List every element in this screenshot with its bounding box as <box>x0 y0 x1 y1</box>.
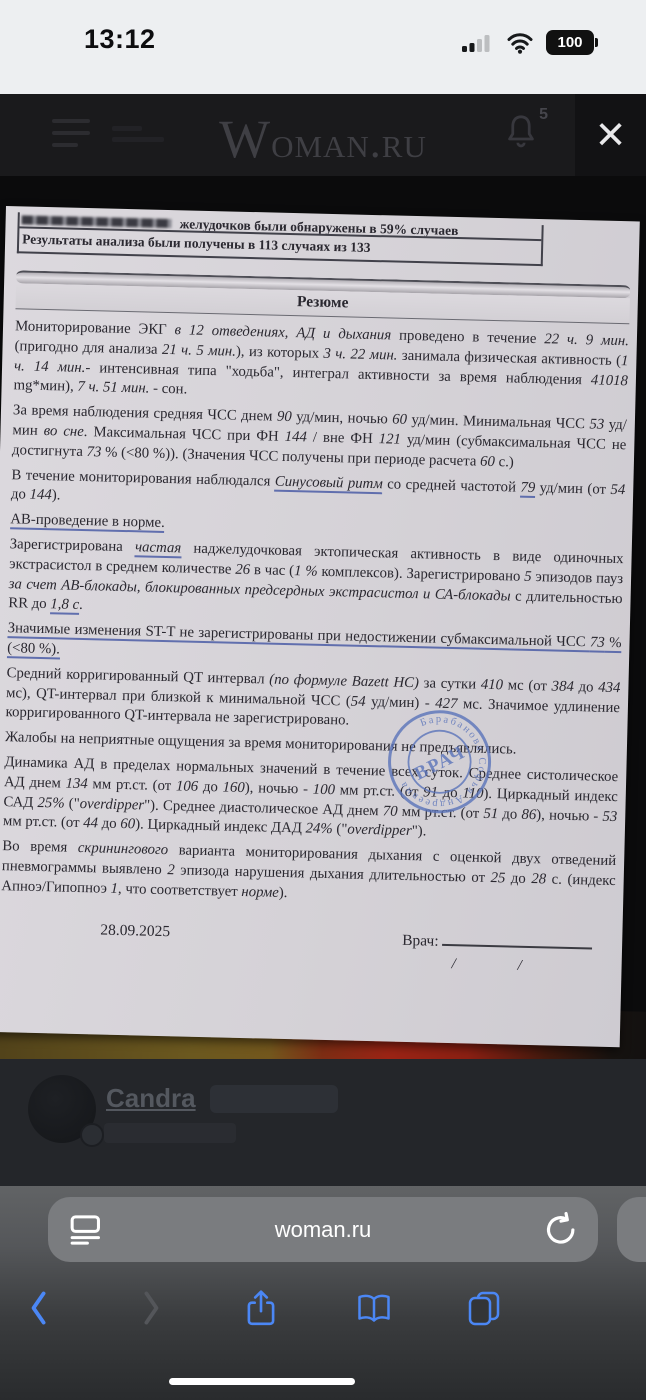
text-run: 60 <box>480 453 495 469</box>
report-paragraph: Средний корригированный QT интервал (по … <box>5 664 620 738</box>
text-run: Синусовый ритм <box>275 473 383 494</box>
page-menu-icon[interactable] <box>68 1212 104 1248</box>
text-run: 24% <box>305 821 333 838</box>
slash-mark: / <box>517 957 522 974</box>
doctor-signature-row: Врач: <box>402 928 593 954</box>
lightbox-image[interactable]: желудочков были обнаружены в 59% случаев… <box>0 176 646 1059</box>
logo-rest: oman.ru <box>271 118 427 167</box>
text-run: За время наблюдения средняя ЧСС днем <box>13 402 277 424</box>
report-body: Мониторирование ЭКГ в 12 отведениях, АД … <box>1 317 629 911</box>
text-run: , что соответствует <box>118 881 242 900</box>
text-run: 53 <box>602 808 617 824</box>
table-row-text: Результаты анализа были получены в 113 с… <box>22 231 371 255</box>
bookmarks-button[interactable] <box>352 1286 396 1330</box>
clock: 13:12 <box>84 24 156 55</box>
chevron-right-icon <box>141 1289 163 1327</box>
text-run: 3 ч. 22 мин. <box>323 346 397 364</box>
text-run: со средней частотой <box>383 476 521 495</box>
text-run: 134 <box>65 775 88 792</box>
report-date: 28.09.2025 <box>100 921 170 941</box>
text-run: В течение мониторирования наблюдался <box>11 467 275 489</box>
dimmed-page-background: Candra <box>0 1059 646 1186</box>
slash-mark: / <box>451 956 456 973</box>
text-run: 25 <box>490 870 505 886</box>
text-run: (по формуле Bazett HC) <box>269 671 419 691</box>
text-run: 73 <box>86 444 101 460</box>
text-run: 121 <box>379 431 402 448</box>
text-run: в 12 отведениях, АД и дыхания <box>174 322 391 343</box>
text-run: 144 <box>284 429 307 446</box>
text-run: 144 <box>29 487 52 504</box>
text-run: 70 <box>383 803 398 819</box>
book-icon <box>355 1290 393 1326</box>
battery-icon: 100 <box>546 30 598 55</box>
text-run: занимала физическая активность ( <box>397 347 621 368</box>
notification-badge: 5 <box>539 106 548 124</box>
adjacent-tab-pill[interactable] <box>617 1197 646 1262</box>
text-run: "). Среднее диастолическое АД днем <box>144 797 383 819</box>
status-icons: 100 <box>462 30 598 55</box>
text-run: Мониторирование ЭКГ <box>15 318 175 338</box>
site-header: Woman.ru 5 ✕ <box>0 94 646 176</box>
text-run: норме <box>241 884 279 901</box>
browser-chrome: woman.ru <box>0 1186 646 1400</box>
wifi-icon <box>505 32 535 54</box>
share-icon <box>245 1288 277 1328</box>
text-run: 384 <box>551 678 574 695</box>
logo-initial: W <box>219 109 271 169</box>
text-run: 44 <box>83 815 98 831</box>
text-run: до <box>198 779 223 796</box>
text-run: во сне <box>44 423 84 440</box>
text-run: 22 ч. 9 мин. <box>544 331 629 349</box>
status-bar: 13:12 100 <box>0 0 646 94</box>
clipped-text-smear <box>22 215 172 228</box>
user-role-badge <box>210 1085 338 1113</box>
bell-icon <box>502 110 540 154</box>
text-run: до <box>498 806 522 823</box>
site-logo: Woman.ru <box>0 108 646 170</box>
text-run: overdipper <box>80 796 145 814</box>
text-run: 21 ч. 5 мин. <box>162 342 236 360</box>
text-run: 100 <box>313 781 336 798</box>
address-bar[interactable]: woman.ru <box>48 1197 598 1262</box>
text-run: уд/мин. Минимальная ЧСС <box>407 412 590 432</box>
text-run: мс (от <box>503 677 552 694</box>
text-run: mg*мин), <box>13 378 77 396</box>
text-run: (пригодно для анализа <box>14 338 162 358</box>
battery-nub <box>595 38 598 47</box>
back-button[interactable] <box>16 1286 60 1330</box>
text-run: 1 % <box>294 563 318 580</box>
report-paragraph: Динамика АД в пределах нормальных значен… <box>3 753 619 847</box>
text-run: 41018 <box>591 372 628 389</box>
text-run: ). Циркадный индекс ДАД <box>135 817 306 837</box>
text-run: 60 <box>392 412 407 428</box>
text-run: 106 <box>176 778 199 795</box>
share-button[interactable] <box>239 1286 283 1330</box>
text-run: проведено в течение <box>391 327 545 347</box>
report-paper: желудочков были обнаружены в 59% случаев… <box>0 206 640 1047</box>
url-text: woman.ru <box>48 1197 598 1262</box>
text-run: 53 <box>589 417 604 433</box>
text-run: 7 ч. 51 мин. <box>77 379 149 397</box>
close-lightbox-button[interactable]: ✕ <box>575 94 646 176</box>
text-run: 54 <box>610 481 625 497</box>
home-indicator[interactable] <box>169 1378 355 1385</box>
text-run: ), из которых <box>236 343 324 361</box>
username-link[interactable]: Candra <box>106 1083 196 1114</box>
text-run: 28 <box>531 871 546 887</box>
battery-percent: 100 <box>546 30 594 55</box>
text-run: Средний корригированный QT интервал <box>6 665 269 687</box>
results-table: желудочков были обнаружены в 59% случаев… <box>17 212 544 266</box>
report-footer: 28.09.2025 Врач: / / <box>0 915 615 1000</box>
text-run: 86 <box>521 806 536 822</box>
signature-line <box>443 929 593 949</box>
text-run: за сутки <box>419 675 481 693</box>
text-run: 434 <box>598 679 621 696</box>
browser-toolbar <box>0 1286 646 1336</box>
text-run: ), ночью - <box>245 780 313 798</box>
text-run: уд/мин, ночью <box>292 409 393 427</box>
text-run: (" <box>64 795 80 811</box>
notifications-bell[interactable]: 5 <box>502 110 546 160</box>
text-run: 51 <box>483 805 498 821</box>
text-run: до <box>98 816 121 833</box>
text-run: 79 <box>520 479 535 497</box>
close-icon: ✕ <box>595 113 627 158</box>
text-run: комплексов). Зарегистрировано <box>317 563 524 584</box>
text-run: overdipper <box>347 822 412 840</box>
text-run: скринингового <box>78 840 169 858</box>
text-run: . Максимальная ЧСС при ФН <box>84 424 285 445</box>
text-run: Во время <box>2 838 78 856</box>
report-paragraph: Мониторирование ЭКГ в 12 отведениях, АД … <box>13 317 629 411</box>
text-run: АВ-проведение в норме. <box>10 511 165 533</box>
doctor-label: Врач: <box>402 931 439 949</box>
text-run: 90 <box>277 409 292 425</box>
text-run: до <box>505 870 531 887</box>
text-run: ). <box>279 885 288 901</box>
text-run: эпизодов пауз <box>531 569 623 587</box>
text-run: (" <box>332 821 347 837</box>
text-run: / вне ФН <box>307 429 379 447</box>
text-run: 1,8 с <box>50 597 79 616</box>
cellular-signal-icon <box>462 32 494 54</box>
text-run: в час ( <box>250 562 294 579</box>
forward-button[interactable] <box>130 1286 174 1330</box>
user-status-dot <box>80 1123 104 1147</box>
text-run: 410 <box>481 676 504 693</box>
text-run: - сон. <box>149 381 187 398</box>
text-run: 60 <box>120 816 135 832</box>
text-run: мм рт.ст. (от <box>88 776 177 794</box>
text-run: мм рт.ст. (от <box>3 813 84 831</box>
text-run: 160 <box>222 779 245 796</box>
tabs-icon <box>466 1290 502 1326</box>
report-paragraph: Зарегистрирована частая наджелудочковая … <box>8 535 624 629</box>
text-run: с.) <box>495 454 514 470</box>
text-run: 26 <box>235 561 250 577</box>
report-paragraph: За время наблюдения средняя ЧСС днем 90 … <box>12 401 627 475</box>
text-run: уд/мин (от <box>535 480 611 498</box>
text-run: Зарегистрирована <box>10 536 136 555</box>
text-run: 54 <box>351 693 366 709</box>
stamp-title: ВРАЧ <box>411 741 469 784</box>
text-run: до <box>11 487 30 503</box>
tabs-button[interactable] <box>462 1286 506 1330</box>
text-run: 25% <box>37 794 65 811</box>
chevron-left-icon <box>27 1289 49 1327</box>
text-run: частая <box>135 539 182 558</box>
report-paragraph: Во время скринингового варианта монитори… <box>1 837 616 911</box>
user-id-text <box>104 1123 236 1143</box>
refresh-icon[interactable] <box>542 1211 580 1249</box>
text-run: ), ночью - <box>536 807 603 825</box>
text-run: до <box>574 679 599 696</box>
text-run: 73 <box>590 635 605 653</box>
text-run: ). <box>52 488 61 504</box>
text-run: . <box>79 597 83 613</box>
